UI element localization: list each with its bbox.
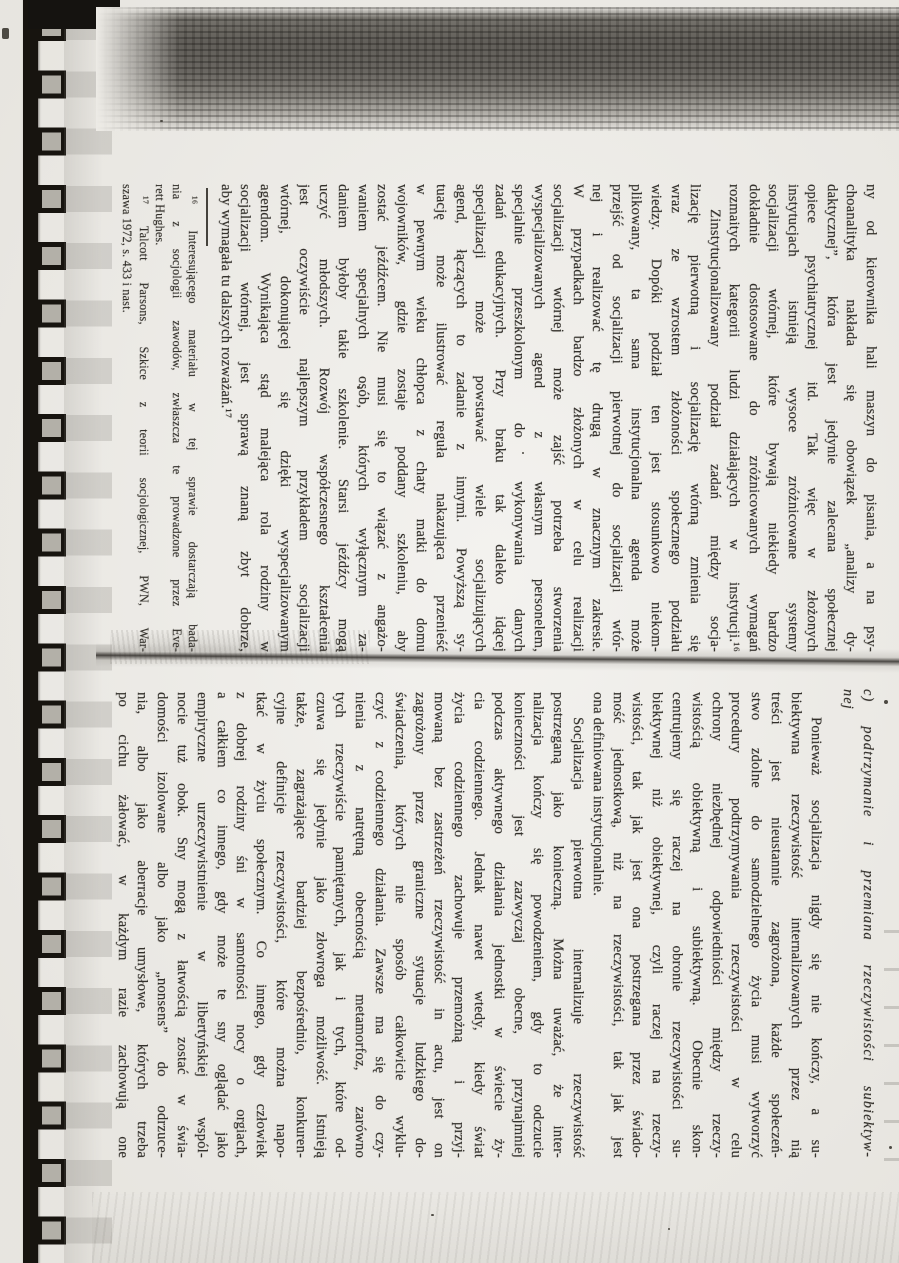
scan-speckle: [522, 452, 524, 454]
text-line: biektywna rzeczywistość internalizowanyc…: [785, 692, 805, 1158]
page-bottom: c) podtrzymanie i przemiana rzeczywistoś…: [104, 686, 886, 1168]
footnote-line: szawa 1972, s. 433 i nast.: [118, 184, 135, 652]
text-line: tych rzeczywiście pamiętanych, jak i tyc…: [330, 692, 350, 1158]
page-bottom-content: c) podtrzymanie i przemiana rzeczywistoś…: [104, 686, 886, 1168]
heading-line: nej: [838, 689, 858, 1158]
footnote-line: ¹⁶ Interesującego materiału w tej sprawi…: [185, 184, 202, 652]
text-line: nej i realizować tę drugą w znacznym zak…: [587, 184, 607, 652]
text-line: po cichu żałować, w każdym razie zachowu…: [112, 692, 132, 1158]
text-line: ochrony niezbędnej odpowiedniości między…: [706, 692, 726, 1158]
scan-noise-right-edge: [884, 930, 899, 1180]
text-line: cia codziennego. Jednak nawet wtedy, kie…: [468, 692, 488, 1158]
scan-speckle: [889, 1146, 892, 1149]
scan-speckle: [431, 1214, 434, 1216]
text-line: ona definiowana instytucjonalnie.: [587, 692, 607, 1158]
text-line: aby wymagała tu dalszych rozważań.¹⁷: [215, 184, 235, 652]
footnote-line: nia z socjologii zawodów, zwłaszcza te p…: [168, 184, 185, 652]
scan-speckle: [668, 1228, 670, 1230]
scan-speckle: [2, 28, 9, 39]
text-line: zagrożony przez graniczne sytuacje ludzk…: [409, 692, 429, 1158]
text-line: specjalnie przeszkolonym do wykonywania …: [509, 184, 529, 652]
binding-teeth-highlight: [42, 0, 61, 1263]
text-line: stwo zdolne do samodzielnego życia musi …: [745, 692, 765, 1158]
footnote-rule: [206, 188, 208, 246]
text-line: Ponieważ socjalizacja nigdy się nie końc…: [805, 692, 825, 1158]
text-line: wojowników, gdzie zostaje poddany szkole…: [391, 184, 411, 652]
page1-footnotes: ¹⁶ Interesującego materiału w tej sprawi…: [118, 184, 201, 652]
text-line: Zinstytucjonalizowany podział zadań międ…: [704, 184, 724, 652]
text-line: rozmaitych kategorii ludzi działających …: [724, 184, 744, 652]
footnote-line: rett Hughes.: [152, 184, 169, 652]
text-line: wistości, tak jak jest ona postrzegana p…: [627, 692, 647, 1158]
text-line: postrzeganą jako konieczną. Można uważać…: [547, 692, 567, 1158]
heading-line: c) podtrzymanie i przemiana rzeczywistoś…: [858, 689, 878, 1158]
footnote-line: ¹⁷ Talcott Parsons, Szkice z teorii socj…: [135, 184, 152, 652]
text-line: ny od kierownika hali maszyn do pisania,…: [860, 184, 880, 652]
page-top: ny od kierownika hali maszyn do pisania,…: [112, 176, 886, 658]
text-line: tkać w życiu społecznym. Co innego, gdy …: [250, 692, 270, 1158]
text-line: zostać jeźdźcem. Nie musi się to wiązać …: [372, 184, 392, 652]
text-line: instytucjach istnieją wysoce zróżnicowan…: [782, 184, 802, 652]
text-line: socjalizacji wtórnej, jest sprawą znaną …: [235, 184, 255, 652]
text-line: choanalityka nakłada się obowiązek „anal…: [841, 184, 861, 652]
text-line: także, zagrażające bardziej bezpośrednio…: [290, 692, 310, 1158]
text-line: agendom. Wynikająca stąd malejąca rola r…: [255, 184, 275, 652]
text-line: dokładnie dostosowane do zróżnicowanych …: [743, 184, 763, 652]
text-line: nocie tuż obok. Sny mogą z łatwością zos…: [171, 692, 191, 1158]
text-line: opiece psychiatrycznej itd. Tak więc w z…: [802, 184, 822, 652]
text-line: socjalizacji wtórnej, które bywają nieki…: [763, 184, 783, 652]
text-line: agend, łączących to zadanie z innymi. Po…: [450, 184, 470, 652]
text-line: domości izolowane albo jako „nonsens” do…: [152, 692, 172, 1158]
text-line: a całkiem co innego, gdy może te sny ogl…: [211, 692, 231, 1158]
page1-body-text: ny od kierownika hali maszyn do pisania,…: [215, 184, 880, 652]
text-line: wyspecjalizowanych agend z własnym perso…: [528, 184, 548, 652]
text-line: treści jest nieustannie zagrożona, każde…: [765, 692, 785, 1158]
scan-speckle: [160, 120, 163, 122]
text-line: procedury podtrzymywania rzeczywistości …: [726, 692, 746, 1158]
text-line: nienia z natrętną obecnością metamorfoz,…: [349, 692, 369, 1158]
text-line: uczyć młodszych. Rozwój współczesnego ks…: [313, 184, 333, 652]
scanner-shadow-band: [96, 7, 899, 131]
text-line: mowaną bez zastrzeżeń rzeczywistość in a…: [429, 692, 449, 1158]
text-line: biektywnej niż obiektywnej, czyli raczej…: [646, 692, 666, 1158]
text-line: plikowany, ta sama instytucjonalna agend…: [626, 184, 646, 652]
text-line: podczas aktywnego działania jednostki w …: [488, 692, 508, 1158]
section-heading: c) podtrzymanie i przemiana rzeczywistoś…: [838, 692, 878, 1158]
text-line: socjalizacji wtórnej może zajść potrzeba…: [548, 184, 568, 652]
text-line: zadań edukacyjnych. Przy braku tak dalek…: [489, 184, 509, 652]
text-line: przejść od socjalizacji pierwotnej do so…: [606, 184, 626, 652]
text-line: centrujemy się raczej na obronie rzeczyw…: [666, 692, 686, 1158]
text-line: wistością obiektywną i subiektywną. Obec…: [686, 692, 706, 1158]
text-line: wtórnej, dokonującej się dzięki wyspecja…: [274, 184, 294, 652]
text-line: Socjalizacja pierwotna internalizuje rze…: [567, 692, 587, 1158]
text-line: W przypadkach bardzo złożonych w celu re…: [567, 184, 587, 652]
text-line: empiryczne urzeczywistnienie w libertyńs…: [191, 692, 211, 1158]
text-line: z dobrej rodziny śni w samotności nocy o…: [231, 692, 251, 1158]
text-line: lizację pierwotną i socjalizację wtórną …: [685, 184, 705, 652]
text-line: nalizacja kończy się powodzeniem, gdy to…: [528, 692, 548, 1158]
text-line: specjalizacji może powstawać wiele socja…: [470, 184, 490, 652]
scan-noise-bottom: [92, 1192, 899, 1263]
text-line: waniem specjalnych osób, których wyłączn…: [352, 184, 372, 652]
text-line: cyjne definicje rzeczywistości, które mo…: [270, 692, 290, 1158]
page2-body-text: Ponieważ socjalizacja nigdy się nie końc…: [112, 692, 825, 1158]
text-line: w pewnym wieku chłopca z chaty matki do …: [411, 184, 431, 652]
scanned-book-spread: ny od kierownika hali maszyn do pisania,…: [0, 0, 899, 1263]
text-line: mość jednostkową, niż na rzeczywistości,…: [607, 692, 627, 1158]
page-top-content: ny od kierownika hali maszyn do pisania,…: [112, 176, 886, 658]
scan-speckle: [884, 700, 888, 704]
text-line: czyć z codziennego działania. Zawsze ma …: [369, 692, 389, 1158]
text-line: daniem byłoby takie szkolenie. Starsi je…: [333, 184, 353, 652]
text-line: czuwa się jedynie jako złowroga możliwoś…: [310, 692, 330, 1158]
text-line: tuację może ilustrować reguła nakazująca…: [430, 184, 450, 652]
text-line: świadczenia, których nie sposób całkowic…: [389, 692, 409, 1158]
text-line: nia, albo jako aberracje umysłowe, który…: [132, 692, 152, 1158]
text-line: wiedzy. Dopóki podział ten jest stosunko…: [645, 184, 665, 652]
scan-speckle: [357, 386, 360, 389]
text-line: daktycznej”, która jest jedynie zalecana…: [821, 184, 841, 652]
text-line: życia codziennego zachowuje przemożną i …: [448, 692, 468, 1158]
text-line: wraz ze wzrostem złożoności społecznego …: [665, 184, 685, 652]
text-line: konieczności jest zazwyczaj obecne, przy…: [508, 692, 528, 1158]
text-line: jest oczywiście najlepszym przykładem so…: [294, 184, 314, 652]
